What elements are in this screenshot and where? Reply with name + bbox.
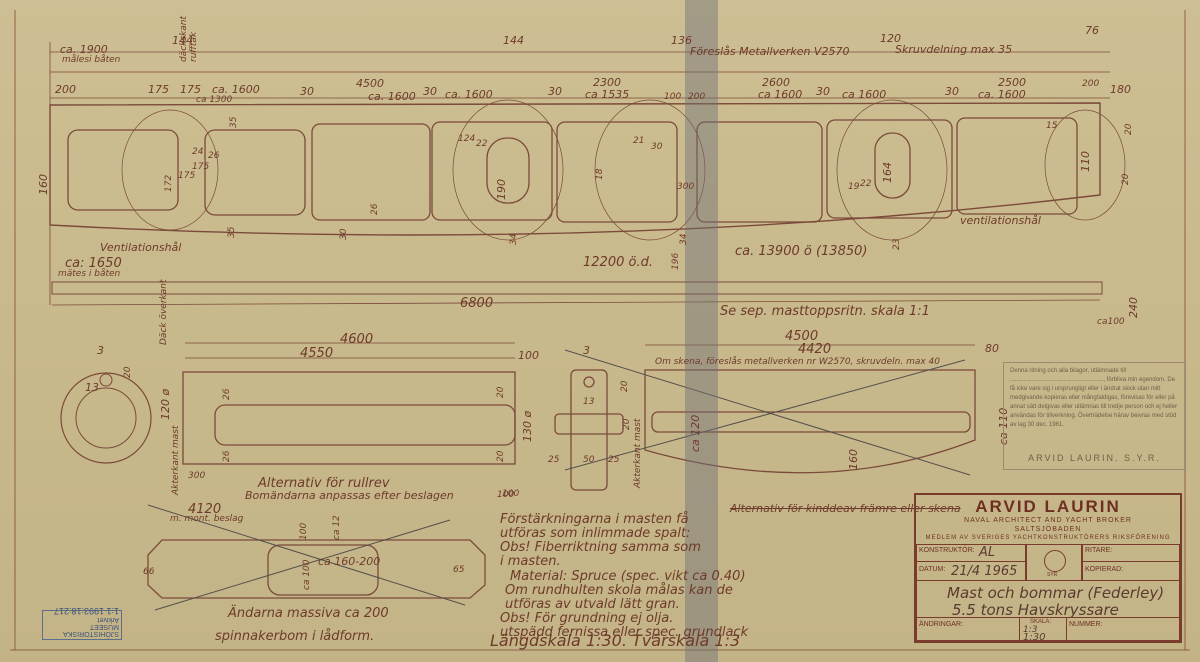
dim-ca1900: ca. 1900: [60, 44, 108, 55]
dim-200b: 200: [688, 93, 705, 102]
dim-22a: 22: [476, 140, 487, 149]
nummer-label: NUMMER:: [1069, 621, 1102, 628]
copyright-notice: Denna ritning och alla bilagor, utlämnad…: [1003, 362, 1186, 470]
dim-ca100: ca100: [1097, 318, 1125, 327]
label-akterkant-mast-2: Akterkant mast: [634, 419, 643, 488]
dim-110: 110: [1080, 151, 1091, 172]
dim-300b: 300: [188, 472, 205, 481]
label-mont-beslag: m. mont. beslag: [170, 515, 243, 524]
dim-15: 15: [1046, 122, 1057, 131]
dim-34a: 34: [510, 234, 519, 245]
dim-34b: 34: [680, 234, 689, 245]
dim-100a: 100: [518, 350, 539, 361]
ritare-label: RITARE:: [1085, 547, 1112, 554]
dim-22b: 22: [860, 180, 871, 189]
ritare-cell: RITARE:: [1082, 544, 1180, 562]
label-ventilationshal-right: ventilationshål: [960, 215, 1041, 226]
dim-4600: 4600: [340, 333, 373, 346]
dim-196: 196: [672, 253, 681, 270]
label-dackskant: däckskant: [180, 16, 189, 62]
dim-26: 26: [208, 152, 219, 161]
dim-4550: 4550: [300, 347, 333, 360]
seal-text: SYR: [1047, 572, 1057, 578]
kopierad-cell: KOPIERAD:: [1082, 561, 1180, 581]
dim-ca1600-6: ca. 1600: [978, 89, 1026, 100]
label-matesi-baten: mätes i båten: [58, 270, 120, 279]
caption-spinnakerbom: spinnakerbom i lådform.: [215, 630, 374, 643]
dim-30a: 30: [300, 86, 314, 97]
dim-30e: 30: [945, 86, 959, 97]
dim-3b: 3: [583, 345, 590, 356]
dim-19: 19: [848, 183, 859, 192]
note-masthead: Se sep. masttoppsritn. skala 1:1: [720, 305, 930, 318]
dim-200: 200: [55, 84, 76, 95]
dim-130-dia: 130 ø: [522, 411, 533, 442]
label-akterkant-mast: Akterkant mast: [172, 426, 181, 495]
note-line-3: Obs! Fiberriktning samma som: [500, 541, 701, 554]
dim-23: 23: [893, 239, 902, 250]
dim-136: 136: [671, 35, 692, 46]
notice-text: Denna ritning och alla bilagor, utlämnad…: [1010, 367, 1179, 430]
dim-190: 190: [496, 179, 507, 200]
dim-160: 160: [38, 174, 49, 195]
dim-80: 80: [985, 343, 999, 354]
dim-20f: 20: [621, 381, 630, 392]
dim-24b: 24: [192, 148, 203, 157]
dim-65: 65: [453, 566, 464, 575]
dim-ca1300: ca 1300: [196, 96, 232, 105]
dim-matesi-baten: målesi båten: [62, 56, 120, 65]
nummer-cell: NUMMER:: [1066, 617, 1180, 641]
dim-13a: 13: [85, 382, 99, 393]
dim-20b: 20: [1125, 124, 1134, 135]
dim-20c: 20: [124, 367, 133, 378]
dim-50: 50: [583, 456, 594, 465]
notice-signature: ARVID LAURIN. S.Y.R.: [1004, 454, 1185, 463]
konstruktor-label: KONSTRUKTÖR:: [919, 547, 975, 554]
note-line-4: i masten.: [500, 555, 561, 568]
dim-200c: 200: [1082, 80, 1099, 89]
dim-ca1600-1: ca. 1600: [212, 84, 260, 95]
dim-30c: 30: [548, 86, 562, 97]
datum-cell: DATUM: 21/4 1965: [916, 561, 1026, 581]
dim-175a: 175: [148, 84, 169, 95]
dim-100d: 100: [497, 491, 514, 500]
dim-ca160-200: ca 160-200: [318, 556, 380, 567]
label-ventilationshal-left: Ventilationshål: [100, 242, 181, 253]
blueprint-sheet: ca. 1900 målesi båten 144 däckskant ruff…: [0, 0, 1200, 662]
scale-note: Längdskala 1:30. Tvärskala 1:3: [490, 633, 740, 649]
stamp-number: 1:1 1993:18:217: [45, 606, 119, 616]
dim-100: 100: [664, 93, 681, 102]
dim-30f: 30: [340, 229, 349, 240]
firm-location: SALTSJÖBADEN: [916, 526, 1180, 533]
dim-24: 26: [371, 204, 380, 215]
dim-2300: 2300: [593, 77, 621, 88]
dim-26b: 26: [223, 451, 232, 462]
caption-andarna-massiva: Ändarna massiva ca 200: [228, 607, 389, 620]
dim-172: 172: [165, 175, 174, 192]
dim-20e: 20: [497, 451, 506, 462]
dim-144-mid: 144: [503, 35, 524, 46]
dim-ca1600-4: ca 1600: [758, 89, 802, 100]
dim-35a: 35: [230, 117, 239, 128]
kopierad-label: KOPIERAD:: [1085, 566, 1123, 573]
syr-seal-icon: [1044, 550, 1066, 572]
datum-label: DATUM:: [919, 566, 945, 573]
dim-ca1600-3: ca. 1600: [445, 89, 493, 100]
note-metallverken: Föreslås Metallverken V2570: [690, 46, 849, 57]
note-skena: Om skena, föreslås metallverken nr W2570…: [655, 358, 940, 367]
dim-240: 240: [1128, 297, 1139, 318]
dim-4420: 4420: [798, 343, 831, 356]
datum-value: 21/4 1965: [951, 564, 1017, 579]
dim-160b: 160: [848, 449, 859, 470]
dim-35b: 35: [228, 227, 237, 238]
note-line-2: utföras som inlimmade spalt:: [500, 527, 690, 540]
dim-30b: 30: [423, 86, 437, 97]
title-cell: Mast och bommar (Federley) 5.5 tons Havs…: [916, 580, 1180, 618]
dim-164: 164: [882, 162, 893, 183]
dim-180: 180: [1110, 84, 1131, 95]
dim-175d: 175: [178, 172, 195, 181]
museum-stamp: SJÖHISTORISKA MUSEET Arkivet 1:1 1993:18…: [42, 610, 122, 640]
dim-25b: 25: [608, 456, 619, 465]
dim-100c: 100: [300, 523, 309, 540]
skala-value-2: 1:30: [1023, 632, 1045, 643]
dim-20g: 20: [623, 419, 632, 430]
dim-ca1535: ca 1535: [585, 89, 629, 100]
firm-name: ARVID LAURIN: [916, 497, 1180, 517]
dim-20a: 20: [1122, 174, 1131, 185]
dim-25a: 25: [548, 456, 559, 465]
note-line-7: utföras av utvald lätt gran.: [505, 598, 680, 611]
dim-6800: 6800: [460, 297, 493, 310]
dim-13b: 13: [583, 398, 594, 407]
dim-ca100b: ca 100: [303, 559, 312, 590]
stamp-museum: SJÖHISTORISKA MUSEET: [45, 623, 119, 637]
skala-cell: SKALA: 1:3 1:30: [1019, 617, 1067, 641]
dim-30g: 30: [651, 143, 662, 152]
dim-76: 76: [1085, 25, 1099, 36]
dim-300: 300: [677, 183, 694, 192]
title-block: ARVID LAURIN NAVAL ARCHITECT AND YACHT B…: [914, 493, 1182, 643]
konstruktor-value: AL: [979, 545, 995, 560]
dim-124: 124: [458, 135, 475, 144]
andringar-cell: ÄNDRINGAR:: [916, 617, 1020, 641]
dim-18: 18: [596, 169, 605, 180]
dim-20d: 20: [497, 387, 506, 398]
dim-175b: 175: [180, 84, 201, 95]
dim-2500: 2500: [998, 77, 1026, 88]
note-line-5: Material: Spruce (spec. vikt ca 0.40): [510, 570, 746, 583]
andringar-label: ÄNDRINGAR:: [919, 621, 963, 628]
note-skruvdelning: Skruvdelning max 35: [895, 44, 1012, 55]
dim-26a: 26: [223, 389, 232, 400]
dim-ca120: ca 120: [690, 415, 701, 452]
drawing-title: Mast och bommar (Federley): [947, 584, 1164, 602]
caption-bomandarna: Bomändarna anpassas efter beslagen: [245, 490, 454, 501]
firm-subtitle: NAVAL ARCHITECT AND YACHT BROKER: [916, 517, 1180, 524]
label-dack-overkant: Däck överkant: [160, 280, 169, 346]
dim-2600: 2600: [762, 77, 790, 88]
dim-12200: 12200 ö.d.: [583, 256, 653, 269]
label-rufftak: rufftak: [190, 32, 199, 62]
stamp-arkivet: Arkivet: [45, 616, 119, 623]
dim-3a: 3: [97, 345, 104, 356]
konstruktor-cell: KONSTRUKTÖR: AL: [916, 544, 1026, 562]
note-line-1: Förstärkningarna i masten få: [500, 513, 689, 526]
dim-ca1600-2: ca. 1600: [368, 91, 416, 102]
dim-120-dia: 120 ø: [160, 389, 171, 420]
dim-21: 21: [633, 137, 644, 146]
dim-30d: 30: [816, 86, 830, 97]
dim-4500: 4500: [356, 78, 384, 89]
note-line-6: Om rundhulten skola målas kan de: [505, 584, 733, 597]
firm-membership: MEDLEM AV SVERIGES YACHTKONSTRUKTÖRERS R…: [916, 535, 1180, 541]
dim-ca12: ca 12: [333, 515, 342, 540]
dim-overall: ca. 13900 ö (13850): [735, 245, 867, 258]
seal-cell: SYR: [1026, 544, 1082, 581]
dim-66: 66: [143, 568, 154, 577]
dim-ca1600-5: ca 1600: [842, 89, 886, 100]
note-line-8: Obs! För grundning ej olja.: [500, 612, 673, 625]
